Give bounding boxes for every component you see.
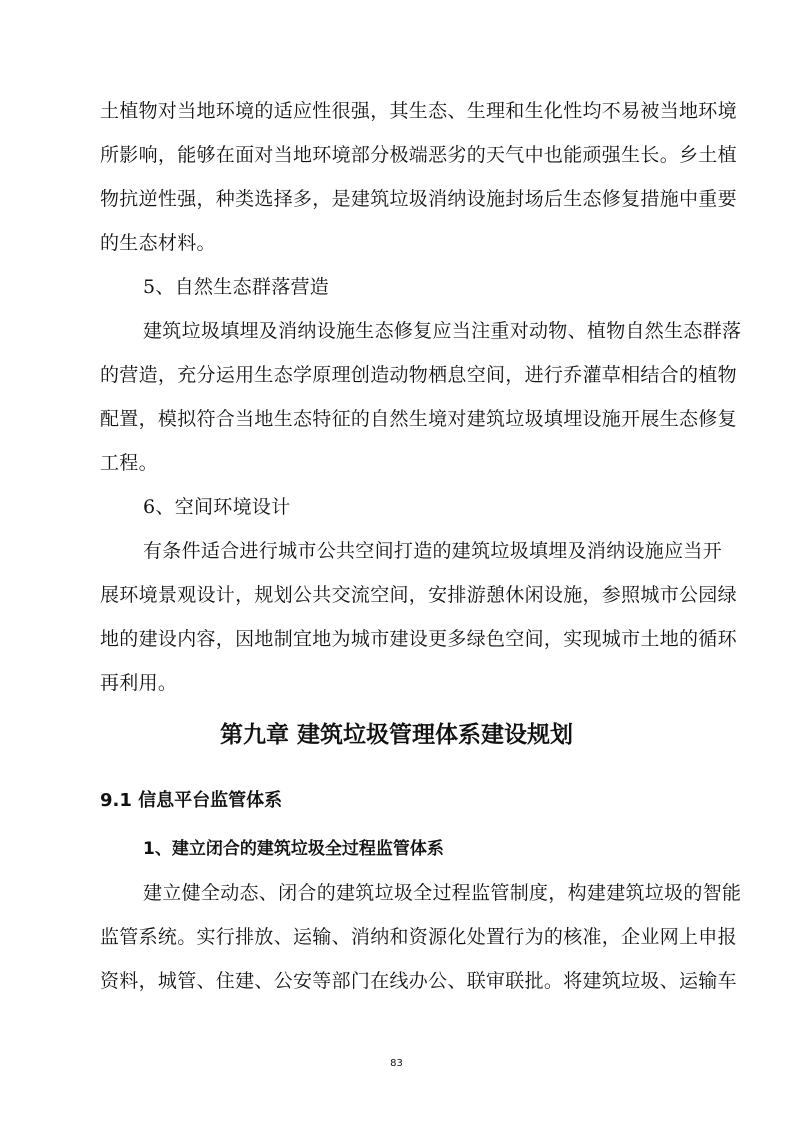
paragraph-line: 物抗逆性强，种类选择多，是建筑垃圾消纳设施封场后生态修复措施中重要 (100, 184, 712, 211)
paragraph-line: 展环境景观设计，规划公共交流空间，安排游憩休闲设施，参照城市公园绿 (100, 580, 712, 607)
chapter-title: 第九章 建筑垃圾管理体系建设规划 (0, 716, 793, 749)
subsection-title: 1、建立闭合的建筑垃圾全过程监管体系 (143, 834, 444, 859)
paragraph-line: 的营造，充分运用生态学原理创造动物栖息空间，进行乔灌草相结合的植物 (100, 360, 712, 387)
paragraph-line: 建立健全动态、闭合的建筑垃圾全过程监管制度，构建建筑垃圾的智能 (143, 878, 755, 905)
paragraph-line: 资料，城管、住建、公安等部门在线办公、联审联批。将建筑垃圾、运输车 (100, 966, 712, 993)
paragraph-line: 再利用。 (100, 668, 712, 695)
paragraph-line: 有条件适合进行城市公共空间打造的建筑垃圾填埋及消纳设施应当开 (143, 536, 755, 563)
paragraph-line: 所影响，能够在面对当地环境部分极端恶劣的天气中也能顽强生长。乡土植 (100, 140, 712, 167)
paragraph-line: 监管系统。实行排放、运输、消纳和资源化处置行为的核准，企业网上申报 (100, 922, 712, 949)
page-number: 83 (0, 1058, 793, 1069)
item-heading: 6、空间环境设计 (143, 492, 755, 519)
paragraph-line: 土植物对当地环境的适应性很强，其生态、生理和生化性均不易被当地环境 (100, 96, 712, 123)
paragraph-line: 建筑垃圾填埋及消纳设施生态修复应当注重对动物、植物自然生态群落 (143, 316, 755, 343)
paragraph-line: 工程。 (100, 448, 712, 475)
section-title: 9.1 信息平台监管体系 (100, 786, 282, 812)
paragraph-line: 的生态材料。 (100, 228, 712, 255)
paragraph-line: 配置，模拟符合当地生态特征的自然生境对建筑垃圾填埋设施开展生态修复 (100, 404, 712, 431)
paragraph-line: 地的建设内容，因地制宜地为城市建设更多绿色空间，实现城市土地的循环 (100, 624, 712, 651)
item-heading: 5、自然生态群落营造 (143, 272, 755, 299)
